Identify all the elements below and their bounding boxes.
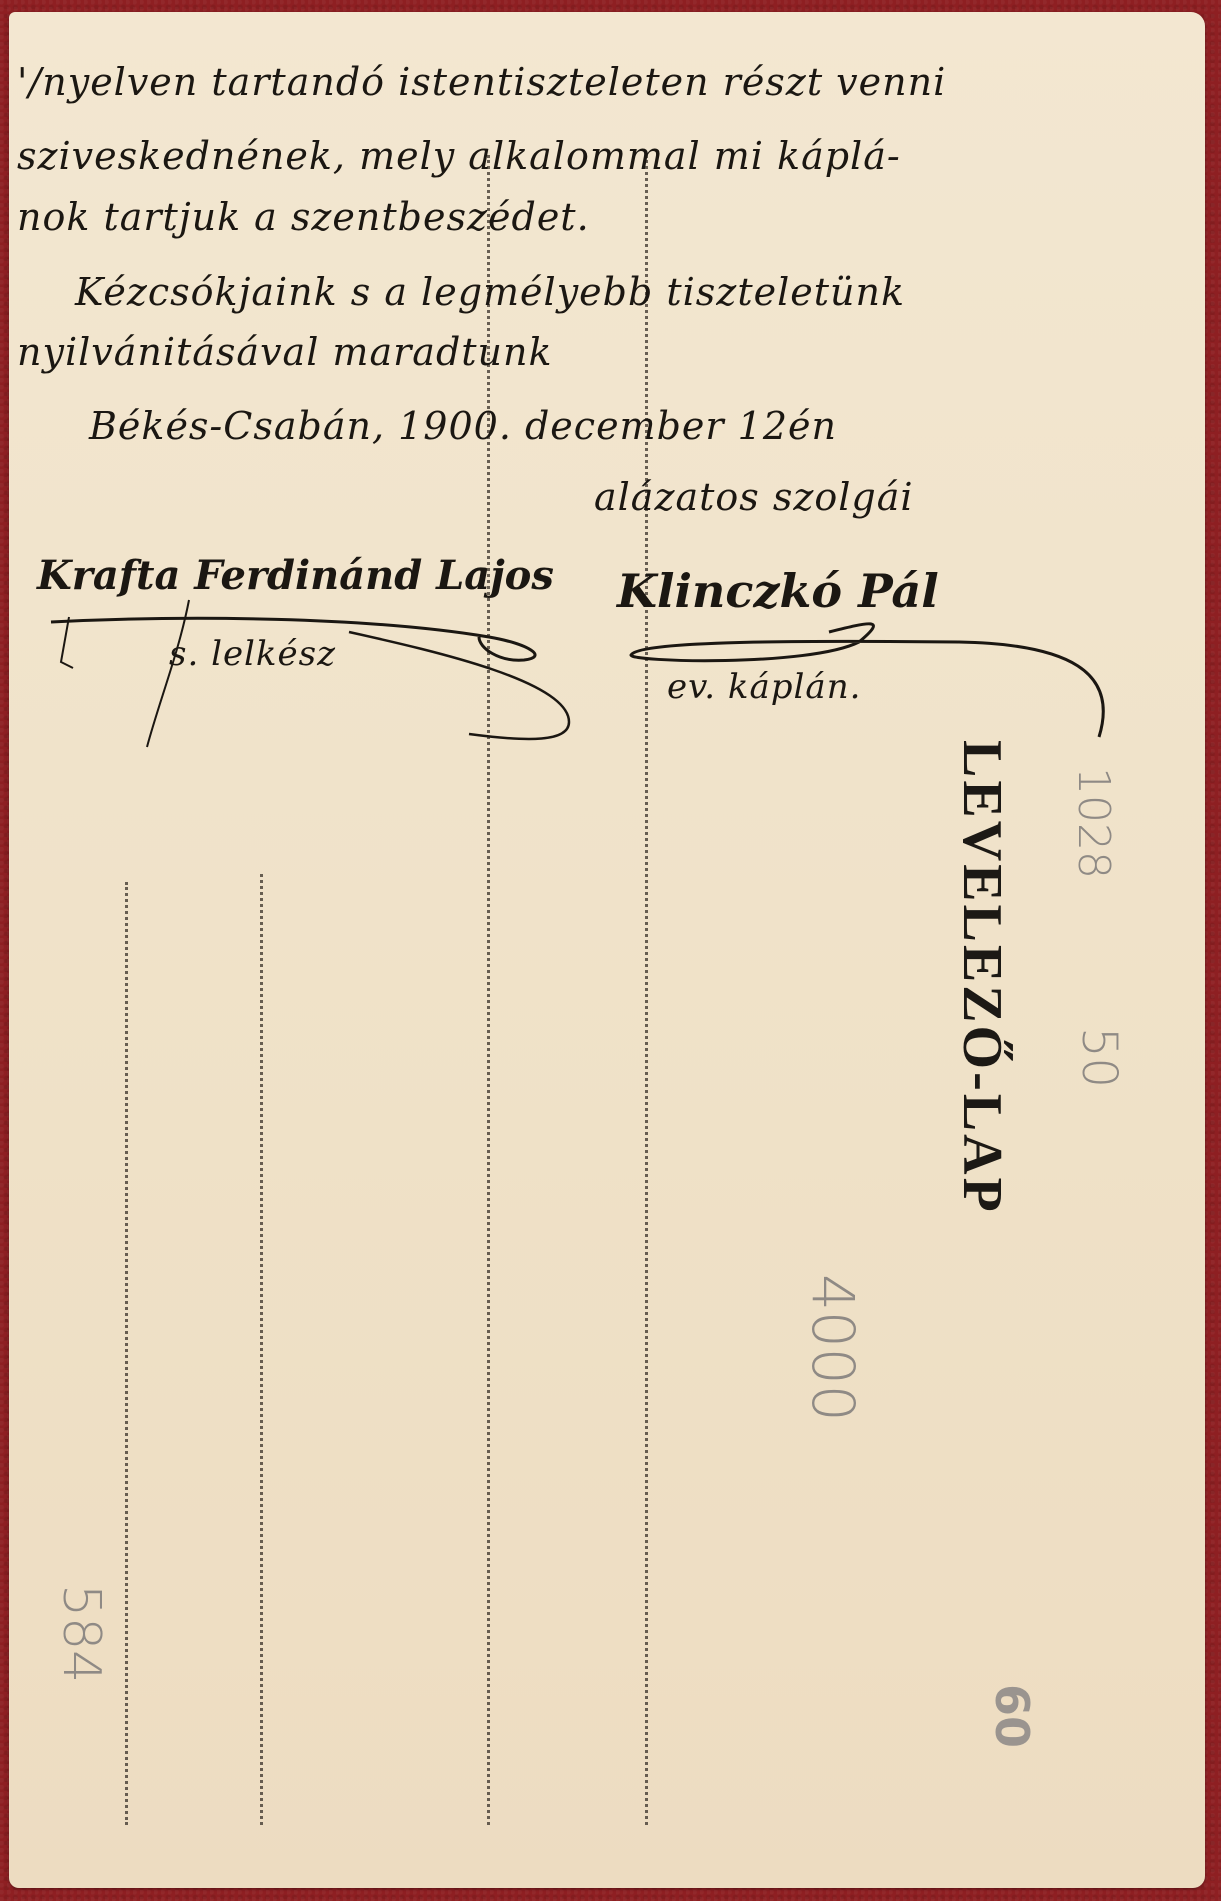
- printed-title: LEVELEZŐ-LAP: [950, 740, 1014, 1215]
- letter-line-7: alázatos szolgái: [594, 475, 914, 519]
- signature-2-name: Klinczkó Pál: [617, 564, 939, 618]
- letter-line-6: Békés-Csabán, 1900. december 12én: [89, 404, 837, 448]
- letter-line-1: '/nyelven tartandó istentiszteleten rész…: [17, 60, 946, 104]
- signature-2-title: ev. káplán.: [667, 667, 861, 707]
- dotted-line-1: [125, 882, 128, 1825]
- postcard: '/nyelven tartandó istentiszteleten rész…: [9, 12, 1205, 1888]
- letter-line-4: Kézcsókjaink s a legmélyebb tiszteletünk: [75, 270, 905, 314]
- signature-1-name: Krafta Ferdinánd Lajos: [37, 552, 554, 599]
- letter-line-3: nok tartjuk a szentbeszédet.: [17, 195, 590, 239]
- pencil-mark-1028: 1028: [1068, 767, 1119, 879]
- pencil-mark-50: 50: [1071, 1027, 1127, 1088]
- signature-1-title: s. lelkész: [169, 634, 336, 674]
- letter-line-5: nyilvánitásával maradtunk: [17, 330, 553, 374]
- pencil-mark-4000: 4000: [799, 1274, 867, 1422]
- letter-line-2: sziveskednének, mely alkalommal mi káplá…: [17, 134, 901, 178]
- dotted-line-2: [260, 874, 263, 1825]
- pencil-mark-60: 60: [985, 1684, 1039, 1748]
- pencil-mark-584: 584: [51, 1584, 111, 1683]
